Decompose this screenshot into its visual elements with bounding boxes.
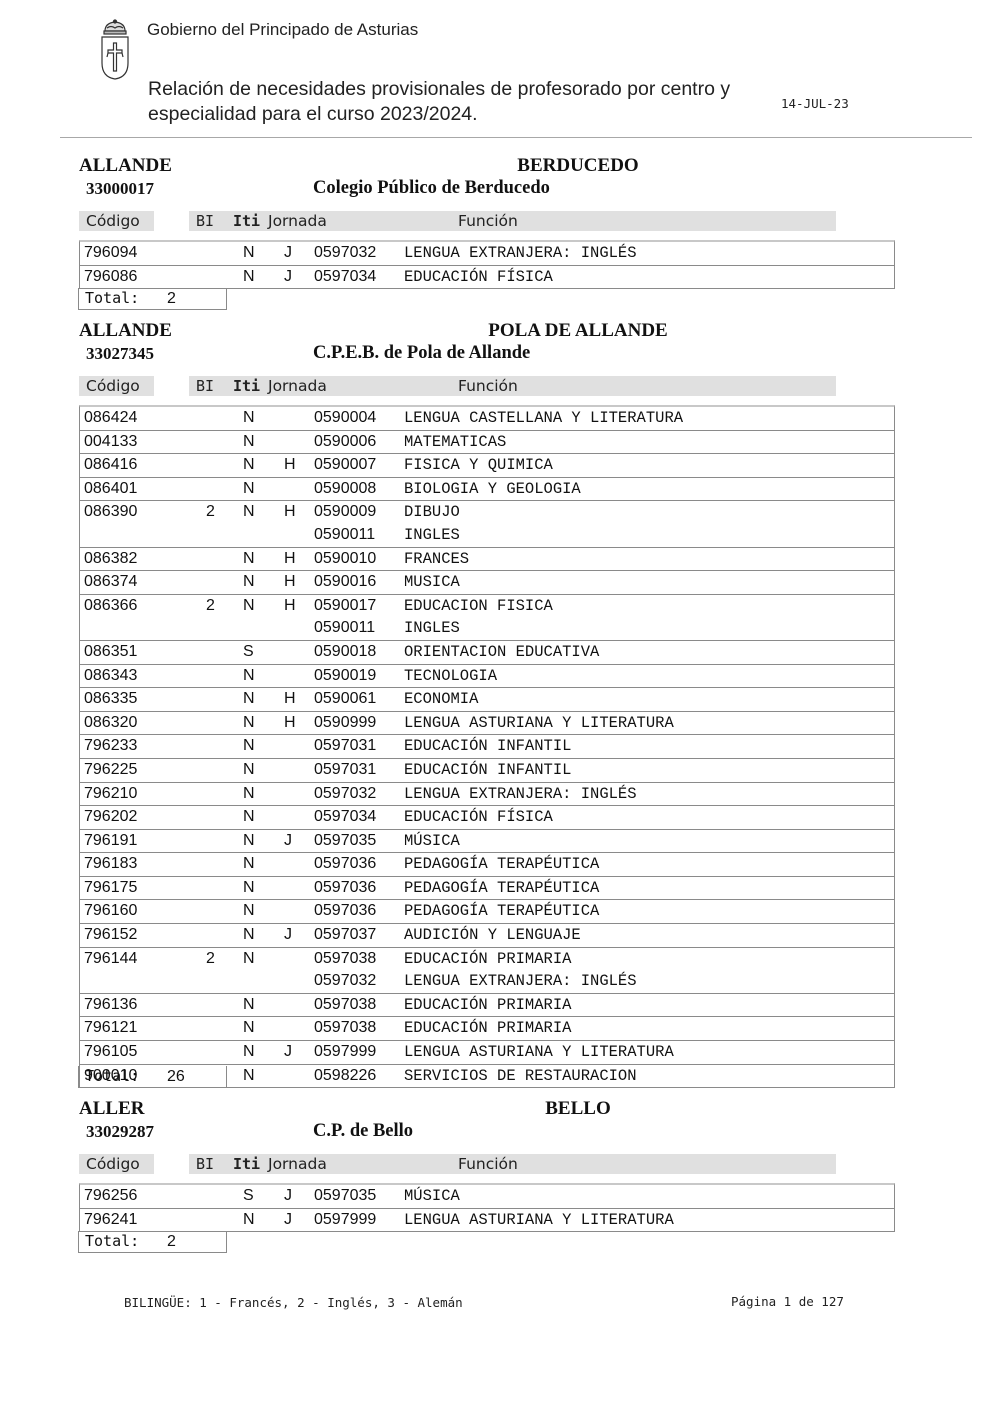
cell-especialidad: 0590006 — [314, 431, 376, 453]
report-date: 14-JUL-23 — [781, 96, 849, 111]
table-row: 796086 N J 0597034 EDUCACIÓN FÍSICA — [80, 265, 894, 289]
cell-especialidad: 0597036 — [314, 853, 376, 875]
cell-funcion: EDUCACIÓN PRIMARIA — [404, 1017, 571, 1039]
cell-funcion: PEDAGOGÍA TERAPÉUTICA — [404, 853, 599, 875]
row-line: 796183 N 0597036 PEDAGOGÍA TERAPÉUTICA — [80, 853, 894, 876]
row-line: 796191 N J 0597035 MÚSICA — [80, 830, 894, 853]
cell-iti: N — [243, 665, 255, 687]
column-header-codigo: Código — [86, 1155, 140, 1173]
row-line: 796241 N J 0597999 LENGUA ASTURIANA Y LI… — [80, 1209, 894, 1232]
cell-jornada: H — [284, 548, 296, 570]
cell-codigo: 086320 — [84, 712, 137, 734]
table-row: 086401 N 0590008 BIOLOGIA Y GEOLOGIA — [80, 477, 894, 501]
cell-bi: 2 — [206, 501, 215, 523]
cell-funcion: LENGUA ASTURIANA Y LITERATURA — [404, 712, 674, 734]
column-header-bi: BI — [196, 212, 214, 230]
page-number: Página 1 de 127 — [731, 1294, 844, 1309]
cell-jornada: H — [284, 501, 296, 523]
cell-especialidad: 0590011 — [314, 617, 375, 639]
cell-jornada: J — [284, 830, 292, 852]
row-line: 086424 N 0590004 LENGUA CASTELLANA Y LIT… — [80, 407, 894, 430]
row-line: 796105 N J 0597999 LENGUA ASTURIANA Y LI… — [80, 1041, 894, 1064]
vacancy-table: 796256 S J 0597035 MÚSICA 796241 N J 059… — [79, 1183, 895, 1232]
row-line: 796202 N 0597034 EDUCACIÓN FÍSICA — [80, 806, 894, 829]
row-line: 086335 N H 0590061 ECONOMIA — [80, 688, 894, 711]
cell-iti: N — [243, 924, 255, 946]
cell-funcion: FISICA Y QUIMICA — [404, 454, 553, 476]
cell-especialidad: 0597038 — [314, 1017, 376, 1039]
cell-funcion: EDUCACIÓN FÍSICA — [404, 266, 553, 288]
cell-especialidad: 0597036 — [314, 877, 376, 899]
cell-codigo: 796152 — [84, 924, 137, 946]
cell-especialidad: 0598226 — [314, 1065, 376, 1087]
cell-jornada: H — [284, 454, 296, 476]
cell-especialidad: 0590017 — [314, 595, 376, 617]
cell-jornada: H — [284, 688, 296, 710]
column-header-bi: BI — [196, 1155, 214, 1173]
total-value: 26 — [167, 1066, 185, 1087]
cell-codigo: 086343 — [84, 665, 137, 687]
row-line: 796210 N 0597032 LENGUA EXTRANJERA: INGL… — [80, 783, 894, 806]
cell-funcion: LENGUA ASTURIANA Y LITERATURA — [404, 1209, 674, 1231]
cell-codigo: 796225 — [84, 759, 137, 781]
table-row: 004133 N 0590006 MATEMATICAS — [80, 430, 894, 454]
row-line: 796225 N 0597031 EDUCACIÓN INFANTIL — [80, 759, 894, 782]
column-header-funcion: Función — [458, 1155, 518, 1173]
cell-especialidad: 0597032 — [314, 970, 376, 992]
cell-codigo: 796183 — [84, 853, 137, 875]
cell-funcion: EDUCACIÓN INFANTIL — [404, 759, 571, 781]
row-line: 0590011 INGLES — [80, 617, 894, 640]
total-value: 2 — [167, 288, 176, 309]
cell-especialidad: 0597035 — [314, 1185, 376, 1207]
row-line: 086320 N H 0590999 LENGUA ASTURIANA Y LI… — [80, 712, 894, 735]
cell-codigo: 796191 — [84, 830, 137, 852]
cell-jornada: H — [284, 712, 296, 734]
row-line: 0597032 LENGUA EXTRANJERA: INGLÉS — [80, 970, 894, 993]
row-line: 796152 N J 0597037 AUDICIÓN Y LENGUAJE — [80, 924, 894, 947]
cell-codigo: 004133 — [84, 431, 137, 453]
row-line: 086416 N H 0590007 FISICA Y QUIMICA — [80, 454, 894, 477]
cell-iti: N — [243, 501, 255, 523]
cell-funcion: SERVICIOS DE RESTAURACION — [404, 1065, 637, 1087]
row-line: 796175 N 0597036 PEDAGOGÍA TERAPÉUTICA — [80, 877, 894, 900]
total-box: Total: 2 — [78, 1231, 227, 1253]
table-row: 796105 N J 0597999 LENGUA ASTURIANA Y LI… — [80, 1040, 894, 1064]
municipality: ALLER — [79, 1098, 144, 1120]
cell-jornada: J — [284, 924, 292, 946]
cell-codigo: 086366 — [84, 595, 137, 617]
row-line: 086366 2 N H 0590017 EDUCACION FISICA — [80, 595, 894, 618]
column-header-iti: Iti — [233, 377, 260, 395]
cell-jornada: J — [284, 242, 292, 264]
cell-codigo: 086390 — [84, 501, 137, 523]
cell-funcion: BIOLOGIA Y GEOLOGIA — [404, 478, 581, 500]
total-box: Total: 26 — [78, 1066, 227, 1088]
total-label: Total: — [85, 1231, 139, 1252]
center-code: 33029287 — [86, 1122, 154, 1142]
cell-codigo: 796121 — [84, 1017, 137, 1039]
row-line: 796233 N 0597031 EDUCACIÓN INFANTIL — [80, 735, 894, 758]
cell-especialidad: 0590004 — [314, 407, 376, 429]
cell-codigo: 796160 — [84, 900, 137, 922]
column-header-jornada: Jornada — [268, 212, 327, 230]
cell-especialidad: 0590010 — [314, 548, 376, 570]
cell-funcion: ORIENTACION EDUCATIVA — [404, 641, 599, 663]
cell-bi: 2 — [206, 948, 215, 970]
row-line: 796121 N 0597038 EDUCACIÓN PRIMARIA — [80, 1017, 894, 1040]
cell-codigo: 796256 — [84, 1185, 137, 1207]
table-row: 796210 N 0597032 LENGUA EXTRANJERA: INGL… — [80, 782, 894, 806]
cell-iti: S — [243, 641, 254, 663]
cell-funcion: LENGUA EXTRANJERA: INGLÉS — [404, 783, 637, 805]
cell-especialidad: 0597038 — [314, 994, 376, 1016]
cell-codigo: 796094 — [84, 242, 137, 264]
total-box: Total: 2 — [78, 288, 227, 310]
table-row: 796241 N J 0597999 LENGUA ASTURIANA Y LI… — [80, 1208, 894, 1232]
cell-funcion: MUSICA — [404, 571, 460, 593]
table-row: 796121 N 0597038 EDUCACIÓN PRIMARIA — [80, 1016, 894, 1040]
cell-funcion: EDUCACION FISICA — [404, 595, 553, 617]
column-header-iti: Iti — [233, 212, 260, 230]
cell-especialidad: 0597036 — [314, 900, 376, 922]
cell-funcion: FRANCES — [404, 548, 469, 570]
total-label: Total: — [85, 1066, 139, 1087]
cell-jornada: J — [284, 1041, 292, 1063]
cell-iti: N — [243, 1065, 255, 1087]
vacancy-table: 796094 N J 0597032 LENGUA EXTRANJERA: IN… — [79, 240, 895, 289]
organization-name: Gobierno del Principado de Asturias — [147, 20, 418, 40]
cell-jornada: H — [284, 571, 296, 593]
cell-iti: N — [243, 266, 255, 288]
cell-codigo: 796241 — [84, 1209, 137, 1231]
cell-especialidad: 0597037 — [314, 924, 376, 946]
table-row: 796233 N 0597031 EDUCACIÓN INFANTIL — [80, 734, 894, 758]
cell-funcion: MÚSICA — [404, 1185, 460, 1207]
asturias-crest-icon — [99, 19, 131, 81]
cell-codigo: 086416 — [84, 454, 137, 476]
cell-iti: N — [243, 994, 255, 1016]
table-row: 796152 N J 0597037 AUDICIÓN Y LENGUAJE — [80, 923, 894, 947]
cell-iti: N — [243, 735, 255, 757]
table-row: 796183 N 0597036 PEDAGOGÍA TERAPÉUTICA — [80, 852, 894, 876]
locality: POLA DE ALLANDE — [313, 320, 843, 342]
center-name: Colegio Público de Berducedo — [313, 178, 550, 199]
cell-iti: S — [243, 1185, 254, 1207]
cell-iti: N — [243, 688, 255, 710]
table-row: 086320 N H 0590999 LENGUA ASTURIANA Y LI… — [80, 711, 894, 735]
cell-codigo: 796175 — [84, 877, 137, 899]
cell-especialidad: 0597034 — [314, 806, 376, 828]
cell-iti: N — [243, 1017, 255, 1039]
center-name: C.P.E.B. de Pola de Allande — [313, 343, 530, 364]
cell-especialidad: 0597032 — [314, 242, 376, 264]
cell-codigo: 796210 — [84, 783, 137, 805]
table-row: 796225 N 0597031 EDUCACIÓN INFANTIL — [80, 758, 894, 782]
cell-iti: N — [243, 478, 255, 500]
cell-especialidad: 0597034 — [314, 266, 376, 288]
cell-jornada: J — [284, 1185, 292, 1207]
row-line: 086374 N H 0590016 MUSICA — [80, 571, 894, 594]
cell-iti: N — [243, 759, 255, 781]
table-row: 086382 N H 0590010 FRANCES — [80, 547, 894, 571]
cell-iti: N — [243, 783, 255, 805]
cell-especialidad: 0590018 — [314, 641, 376, 663]
column-header-codigo: Código — [86, 377, 140, 395]
cell-codigo: 086335 — [84, 688, 137, 710]
table-row: 796144 2 N 0597038 EDUCACIÓN PRIMARIA 05… — [80, 947, 894, 993]
cell-iti: N — [243, 877, 255, 899]
table-row: 086335 N H 0590061 ECONOMIA — [80, 687, 894, 711]
cell-iti: N — [243, 1209, 255, 1231]
cell-iti: N — [243, 571, 255, 593]
cell-iti: N — [243, 712, 255, 734]
cell-especialidad: 0590011 — [314, 524, 375, 546]
row-line: 086351 S 0590018 ORIENTACION EDUCATIVA — [80, 641, 894, 664]
cell-iti: N — [243, 853, 255, 875]
cell-codigo: 796202 — [84, 806, 137, 828]
cell-especialidad: 0597999 — [314, 1041, 376, 1063]
row-line: 086401 N 0590008 BIOLOGIA Y GEOLOGIA — [80, 478, 894, 501]
row-line: 796256 S J 0597035 MÚSICA — [80, 1185, 894, 1208]
cell-especialidad: 0597999 — [314, 1209, 376, 1231]
locality: BELLO — [313, 1098, 843, 1120]
cell-funcion: TECNOLOGIA — [404, 665, 497, 687]
cell-jornada: J — [284, 1209, 292, 1231]
row-line: 796160 N 0597036 PEDAGOGÍA TERAPÉUTICA — [80, 900, 894, 923]
cell-funcion: PEDAGOGÍA TERAPÉUTICA — [404, 900, 599, 922]
cell-especialidad: 0597031 — [314, 735, 376, 757]
table-row: 796202 N 0597034 EDUCACIÓN FÍSICA — [80, 805, 894, 829]
cell-especialidad: 0590007 — [314, 454, 376, 476]
cell-iti: N — [243, 1041, 255, 1063]
table-row: 086374 N H 0590016 MUSICA — [80, 570, 894, 594]
row-line: 796086 N J 0597034 EDUCACIÓN FÍSICA — [80, 266, 894, 289]
municipality: ALLANDE — [79, 155, 172, 177]
total-label: Total: — [85, 288, 139, 309]
table-row: 796175 N 0597036 PEDAGOGÍA TERAPÉUTICA — [80, 876, 894, 900]
table-row: 086366 2 N H 0590017 EDUCACION FISICA 05… — [80, 594, 894, 640]
cell-funcion: LENGUA EXTRANJERA: INGLÉS — [404, 970, 637, 992]
cell-especialidad: 0590009 — [314, 501, 376, 523]
cell-especialidad: 0590019 — [314, 665, 376, 687]
cell-funcion: PEDAGOGÍA TERAPÉUTICA — [404, 877, 599, 899]
cell-iti: N — [243, 454, 255, 476]
bilingual-legend: BILINGÜE: 1 - Francés, 2 - Inglés, 3 - A… — [124, 1295, 463, 1310]
row-line: 796144 2 N 0597038 EDUCACIÓN PRIMARIA — [80, 948, 894, 971]
cell-funcion: LENGUA ASTURIANA Y LITERATURA — [404, 1041, 674, 1063]
locality: BERDUCEDO — [313, 155, 843, 177]
cell-codigo: 796136 — [84, 994, 137, 1016]
row-line: 086343 N 0590019 TECNOLOGIA — [80, 665, 894, 688]
report-title: Relación de necesidades provisionales de… — [148, 77, 778, 127]
table-row: 796094 N J 0597032 LENGUA EXTRANJERA: IN… — [80, 242, 894, 265]
column-header-funcion: Función — [458, 377, 518, 395]
table-row: 796160 N 0597036 PEDAGOGÍA TERAPÉUTICA — [80, 899, 894, 923]
cell-codigo: 086351 — [84, 641, 137, 663]
cell-iti: N — [243, 407, 255, 429]
row-line: 0590011 INGLES — [80, 524, 894, 547]
row-line: 086382 N H 0590010 FRANCES — [80, 548, 894, 571]
cell-bi: 2 — [206, 595, 215, 617]
cell-iti: N — [243, 242, 255, 264]
cell-iti: N — [243, 900, 255, 922]
cell-funcion: INGLES — [404, 617, 460, 639]
cell-especialidad: 0597031 — [314, 759, 376, 781]
row-line: 004133 N 0590006 MATEMATICAS — [80, 431, 894, 454]
cell-funcion: ECONOMIA — [404, 688, 478, 710]
cell-codigo: 086374 — [84, 571, 137, 593]
cell-codigo: 796144 — [84, 948, 137, 970]
vacancy-table: 086424 N 0590004 LENGUA CASTELLANA Y LIT… — [79, 405, 895, 1088]
cell-codigo: 796105 — [84, 1041, 137, 1063]
column-header-funcion: Función — [458, 212, 518, 230]
total-value: 2 — [167, 1231, 176, 1252]
cell-funcion: EDUCACIÓN INFANTIL — [404, 735, 571, 757]
center-code: 33000017 — [86, 179, 154, 199]
municipality: ALLANDE — [79, 320, 172, 342]
cell-especialidad: 0597038 — [314, 948, 376, 970]
column-header-jornada: Jornada — [268, 1155, 327, 1173]
cell-funcion: LENGUA CASTELLANA Y LITERATURA — [404, 407, 683, 429]
row-line: 086390 2 N H 0590009 DIBUJO — [80, 501, 894, 524]
cell-funcion: MÚSICA — [404, 830, 460, 852]
cell-jornada: J — [284, 266, 292, 288]
cell-jornada: H — [284, 595, 296, 617]
table-row: 086424 N 0590004 LENGUA CASTELLANA Y LIT… — [80, 407, 894, 430]
table-row: 796256 S J 0597035 MÚSICA — [80, 1185, 894, 1208]
table-row: 086390 2 N H 0590009 DIBUJO 0590011 INGL… — [80, 500, 894, 546]
cell-iti: N — [243, 431, 255, 453]
cell-especialidad: 0590061 — [314, 688, 376, 710]
cell-especialidad: 0590008 — [314, 478, 376, 500]
table-row: 086416 N H 0590007 FISICA Y QUIMICA — [80, 453, 894, 477]
cell-codigo: 086382 — [84, 548, 137, 570]
center-name: C.P. de Bello — [313, 1121, 413, 1142]
table-row: 796136 N 0597038 EDUCACIÓN PRIMARIA — [80, 993, 894, 1017]
cell-especialidad: 0590999 — [314, 712, 376, 734]
table-row: 796191 N J 0597035 MÚSICA — [80, 829, 894, 853]
column-header-codigo: Código — [86, 212, 140, 230]
cell-funcion: EDUCACIÓN PRIMARIA — [404, 948, 571, 970]
column-header-iti: Iti — [233, 1155, 260, 1173]
cell-codigo: 796233 — [84, 735, 137, 757]
cell-funcion: INGLES — [404, 524, 460, 546]
row-line: 796094 N J 0597032 LENGUA EXTRANJERA: IN… — [80, 242, 894, 265]
cell-especialidad: 0590016 — [314, 571, 376, 593]
cell-especialidad: 0597032 — [314, 783, 376, 805]
cell-iti: N — [243, 830, 255, 852]
cell-funcion: EDUCACIÓN FÍSICA — [404, 806, 553, 828]
header-divider — [60, 137, 972, 138]
cell-codigo: 086424 — [84, 407, 137, 429]
cell-funcion: LENGUA EXTRANJERA: INGLÉS — [404, 242, 637, 264]
cell-funcion: AUDICIÓN Y LENGUAJE — [404, 924, 581, 946]
cell-iti: N — [243, 548, 255, 570]
cell-iti: N — [243, 806, 255, 828]
table-row: 086351 S 0590018 ORIENTACION EDUCATIVA — [80, 640, 894, 664]
cell-funcion: DIBUJO — [404, 501, 460, 523]
column-header-jornada: Jornada — [268, 377, 327, 395]
cell-funcion: MATEMATICAS — [404, 431, 506, 453]
cell-funcion: EDUCACIÓN PRIMARIA — [404, 994, 571, 1016]
center-code: 33027345 — [86, 344, 154, 364]
table-row: 086343 N 0590019 TECNOLOGIA — [80, 664, 894, 688]
cell-codigo: 796086 — [84, 266, 137, 288]
cell-codigo: 086401 — [84, 478, 137, 500]
cell-iti: N — [243, 595, 255, 617]
cell-especialidad: 0597035 — [314, 830, 376, 852]
column-header-bi: BI — [196, 377, 214, 395]
row-line: 796136 N 0597038 EDUCACIÓN PRIMARIA — [80, 994, 894, 1017]
cell-iti: N — [243, 948, 255, 970]
